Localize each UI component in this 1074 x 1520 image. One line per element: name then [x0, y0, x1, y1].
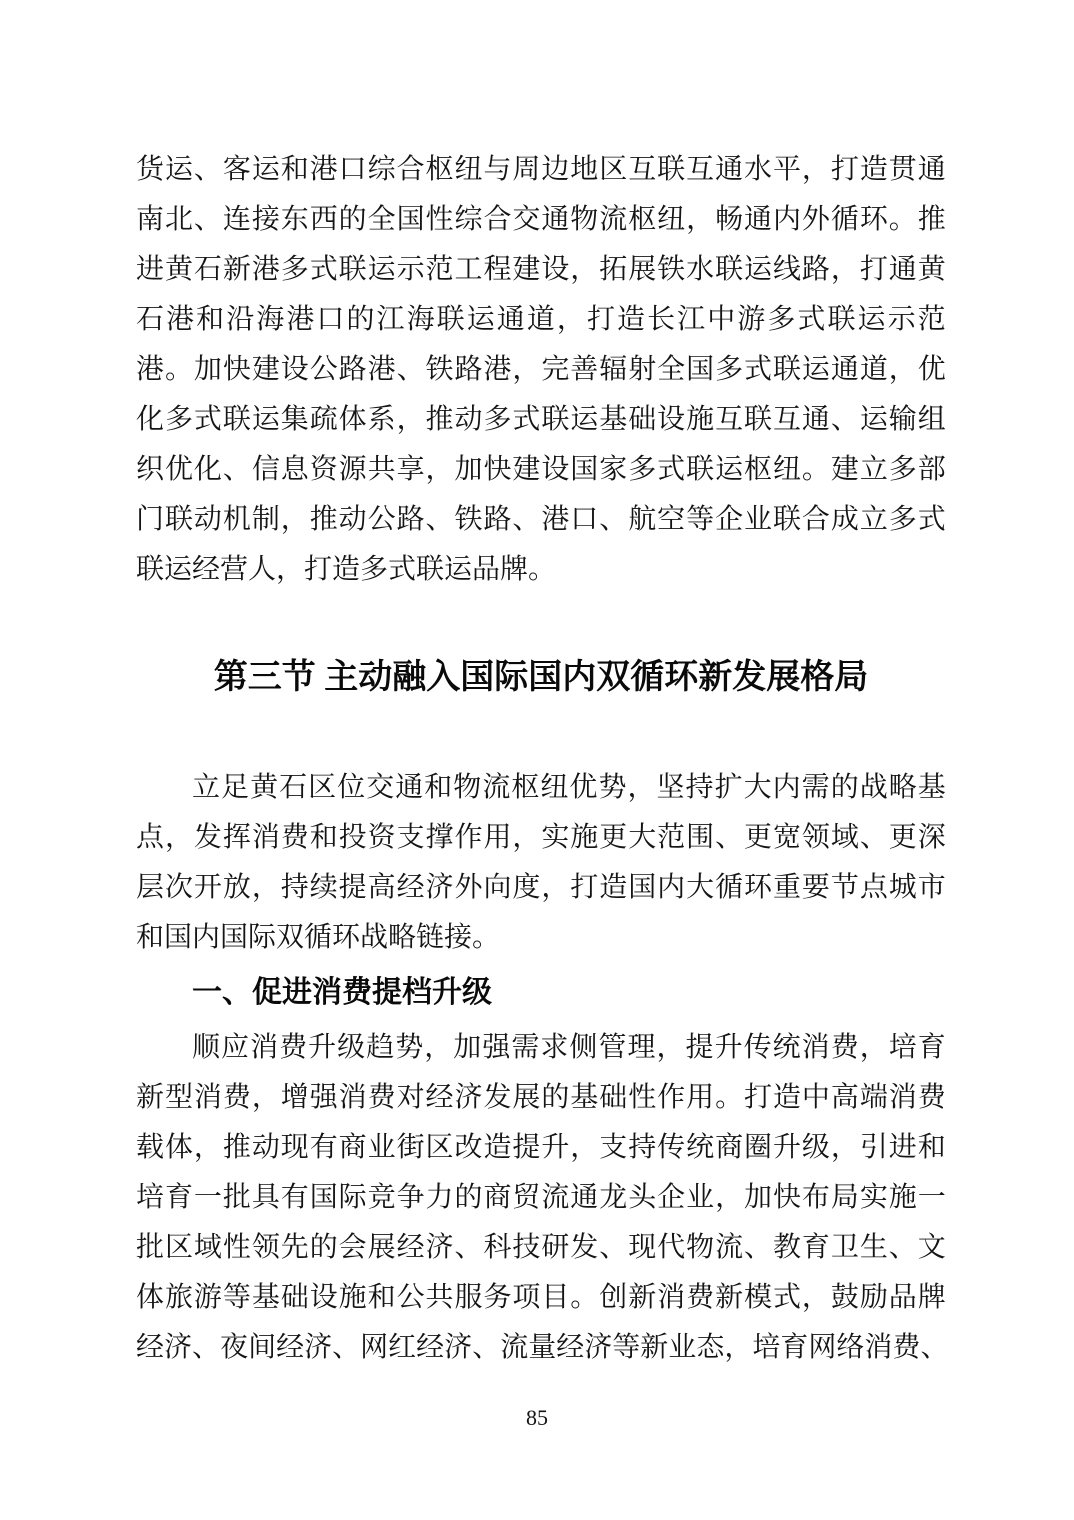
paragraph-multimodal-transport: 货运、客运和港口综合枢纽与周边地区互联互通水平，打造贯通南北、连接东西的全国性综… [136, 145, 946, 595]
text-line: 货运、客运和港口综合枢纽与周边地区互联互通水平，打造贯通 [136, 145, 946, 195]
paragraph-consumption-upgrade: 顺应消费升级趋势，加强需求侧管理，提升传统消费，培育新型消费，增强消费对经济发展… [136, 1023, 946, 1373]
text-line: 化多式联运集疏体系，推动多式联运基础设施互联互通、运输组 [136, 395, 946, 445]
text-line: 批区域性领先的会展经济、科技研发、现代物流、教育卫生、文 [136, 1223, 946, 1273]
section-3-heading: 第三节 主动融入国际国内双循环新发展格局 [136, 653, 946, 703]
text-line: 经济、夜间经济、网红经济、流量经济等新业态，培育网络消费、 [136, 1323, 946, 1373]
text-line: 体旅游等基础设施和公共服务项目。创新消费新模式，鼓励品牌 [136, 1273, 946, 1323]
text-line: 石港和沿海港口的江海联运通道，打造长江中游多式联运示范 [136, 295, 946, 345]
document-page: 货运、客运和港口综合枢纽与周边地区互联互通水平，打造贯通南北、连接东西的全国性综… [0, 0, 1074, 1520]
page-number: 85 [0, 1403, 1074, 1433]
text-line: 联运经营人，打造多式联运品牌。 [136, 545, 946, 595]
paragraph-dual-circulation: 立足黄石区位交通和物流枢纽优势，坚持扩大内需的战略基点，发挥消费和投资支撑作用，… [136, 763, 946, 963]
text-line: 门联动机制，推动公路、铁路、港口、航空等企业联合成立多式 [136, 495, 946, 545]
text-line: 点，发挥消费和投资支撑作用，实施更大范围、更宽领域、更深 [136, 813, 946, 863]
text-line: 新型消费，增强消费对经济发展的基础性作用。打造中高端消费 [136, 1073, 946, 1123]
text-line: 和国内国际双循环战略链接。 [136, 913, 946, 963]
text-line: 载体，推动现有商业街区改造提升，支持传统商圈升级，引进和 [136, 1123, 946, 1173]
text-line: 培育一批具有国际竞争力的商贸流通龙头企业，加快布局实施一 [136, 1173, 946, 1223]
text-line: 港。加快建设公路港、铁路港，完善辐射全国多式联运通道，优 [136, 345, 946, 395]
document-content: 货运、客运和港口综合枢纽与周边地区互联互通水平，打造贯通南北、连接东西的全国性综… [136, 145, 946, 1373]
text-line: 南北、连接东西的全国性综合交通物流枢纽，畅通内外循环。推 [136, 195, 946, 245]
text-line: 层次开放，持续提高经济外向度，打造国内大循环重要节点城市 [136, 863, 946, 913]
subsection-1-heading: 一、促进消费提档升级 [136, 968, 946, 1018]
text-line: 立足黄石区位交通和物流枢纽优势，坚持扩大内需的战略基 [136, 763, 946, 813]
text-line: 织优化、信息资源共享，加快建设国家多式联运枢纽。建立多部 [136, 445, 946, 495]
text-line: 进黄石新港多式联运示范工程建设，拓展铁水联运线路，打通黄 [136, 245, 946, 295]
text-line: 顺应消费升级趋势，加强需求侧管理，提升传统消费，培育 [136, 1023, 946, 1073]
